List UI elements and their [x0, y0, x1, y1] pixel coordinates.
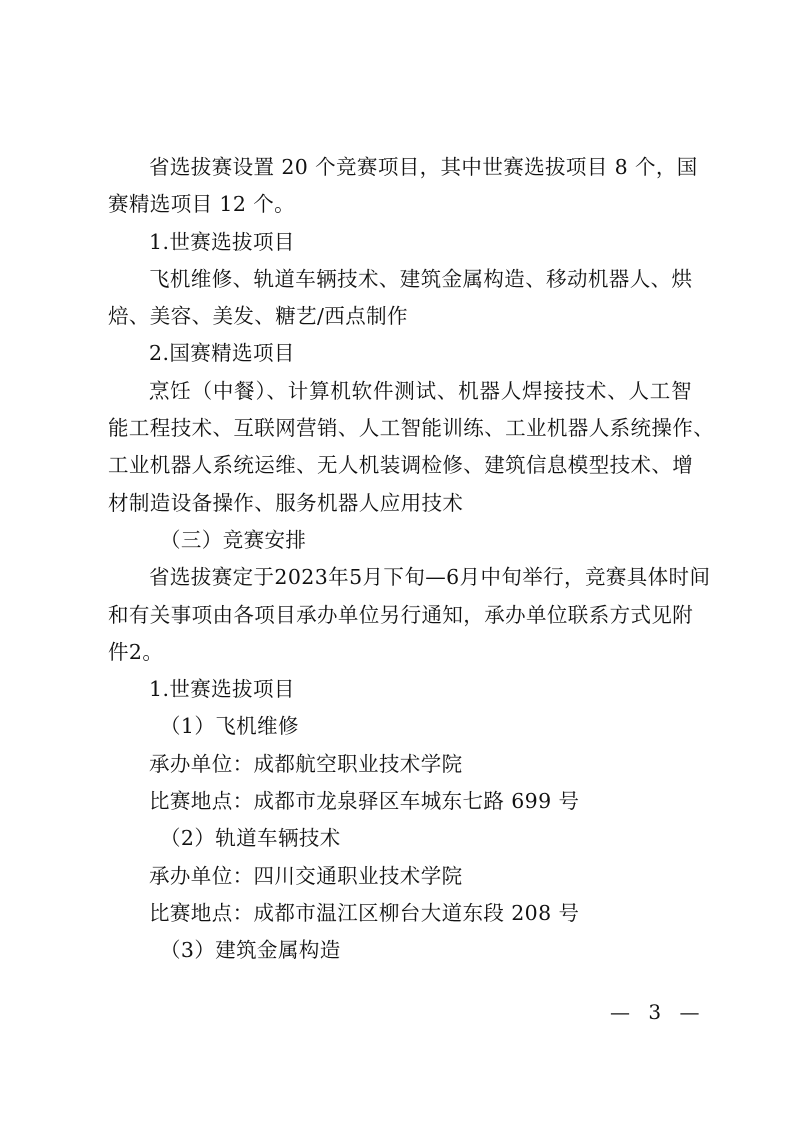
national-selection-line-3: 工业机器人系统运维、无人机装调检修、建筑信息模型技术、增: [108, 447, 692, 484]
schedule-line-3: 件2。: [108, 634, 692, 671]
national-selection-line-1: 烹饪（中餐）、计算机软件测试、机器人焊接技术、人工智: [108, 373, 692, 410]
world-selection-heading: 1.世赛选拔项目: [108, 224, 692, 261]
national-selection-heading: 2.国赛精选项目: [108, 335, 692, 372]
national-selection-line-2: 能工程技术、互联网营销、人工智能训练、工业机器人系统操作、: [108, 410, 692, 447]
item-2-host: 承办单位：四川交通职业技术学院: [108, 858, 692, 895]
intro-line-1: 省选拔赛设置 20 个竞赛项目，其中世赛选拔项目 8 个，国: [108, 149, 692, 186]
national-selection-line-4: 材制造设备操作、服务机器人应用技术: [108, 485, 692, 522]
page-number: — 3 —: [610, 1000, 705, 1024]
document-page: 省选拔赛设置 20 个竞赛项目，其中世赛选拔项目 8 个，国 赛精选项目 12 …: [108, 149, 692, 970]
item-1-venue: 比赛地点：成都市龙泉驿区车城东七路 699 号: [108, 783, 692, 820]
item-2-title: （2）轨道车辆技术: [108, 820, 692, 857]
world-selection-line-1: 飞机维修、轨道车辆技术、建筑金属构造、移动机器人、烘: [108, 261, 692, 298]
item-3-title: （3）建筑金属构造: [108, 932, 692, 969]
item-2-venue: 比赛地点：成都市温江区柳台大道东段 208 号: [108, 895, 692, 932]
item-1-title: （1）飞机维修: [108, 708, 692, 745]
schedule-sub-heading: 1.世赛选拔项目: [108, 671, 692, 708]
schedule-line-2: 和有关事项由各项目承办单位另行通知，承办单位联系方式见附: [108, 597, 692, 634]
intro-line-2: 赛精选项目 12 个。: [108, 186, 692, 223]
schedule-line-1: 省选拔赛定于2023年5月下旬—6月中旬举行，竞赛具体时间: [108, 559, 692, 596]
item-1-host: 承办单位：成都航空职业技术学院: [108, 746, 692, 783]
world-selection-line-2: 焙、美容、美发、糖艺/西点制作: [108, 298, 692, 335]
schedule-heading: （三）竞赛安排: [108, 522, 692, 559]
